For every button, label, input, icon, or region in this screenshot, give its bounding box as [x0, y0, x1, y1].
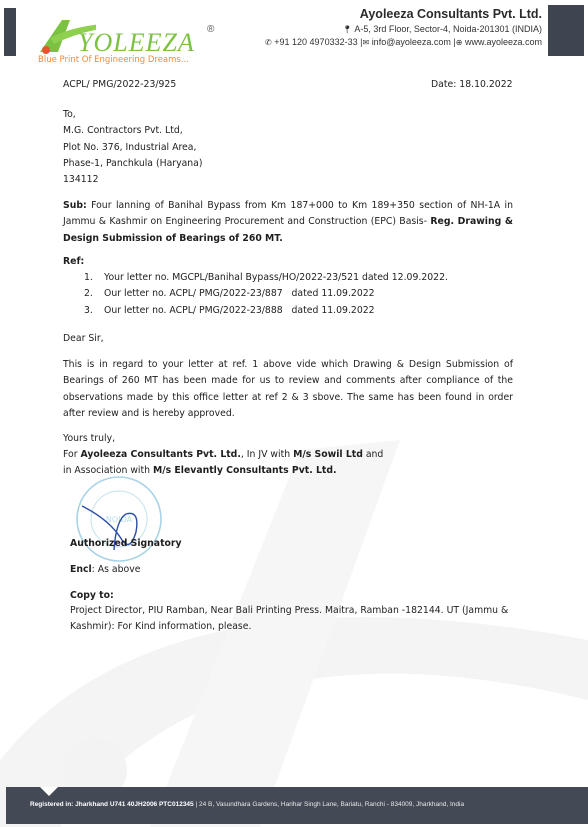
- associate-company: M/s Elevantly Consultants Pvt. Ltd.: [153, 465, 337, 476]
- signatory-company: Ayoleeza Consultants Pvt. Ltd.: [80, 449, 240, 460]
- subject: Sub: Four lanning of Banihal Bypass from…: [63, 198, 513, 247]
- company-contact-block: Ayoleeza Consultants Pvt. Ltd. 📍︎ A-5, 3…: [265, 7, 542, 47]
- registered-mark: ®: [207, 24, 214, 35]
- letter-date: Date: 18.10.2022: [431, 77, 513, 93]
- company-stamp-icon: NOIDA: [70, 470, 168, 568]
- copy-to-heading: Copy to:: [70, 588, 114, 604]
- header-right-bar: [548, 5, 584, 56]
- footer-address: 24 B, Vasundhara Gardens, Harihar Singh …: [199, 801, 464, 808]
- globe-icon: ⊕: [456, 38, 463, 47]
- recipient-line: 134112: [63, 172, 203, 188]
- logo-wordmark: YOLEEZA: [78, 28, 195, 58]
- authorized-signatory: Authorized Signatory: [70, 536, 182, 552]
- company-email[interactable]: info@ayoleeza.com: [372, 37, 451, 47]
- company-name: Ayoleeza Consultants Pvt. Ltd.: [265, 7, 542, 21]
- recipient-line: Phase-1, Panchkula (Haryana): [63, 156, 203, 172]
- logo-tagline: Blue Print Of Engineering Dreams...: [38, 55, 189, 65]
- subject-label: Sub:: [63, 200, 87, 211]
- copy-to-recipient: Project Director, PIU Ramban, Near Bali …: [70, 603, 520, 636]
- salutation: Dear Sir,: [63, 331, 104, 347]
- references-heading: Ref:: [63, 254, 84, 270]
- footer-bar: Registered in: Jharkhand U741 40JH2006 P…: [6, 787, 588, 824]
- recipient-line: To,: [63, 107, 203, 123]
- recipient-line: M.G. Contractors Pvt. Ltd,: [63, 123, 203, 139]
- company-phone: +91 120 4970332-33: [274, 37, 357, 47]
- letter-reference-number: ACPL/ PMG/2022-23/925: [63, 77, 176, 93]
- header-left-bar: [4, 8, 16, 56]
- footer-notch: [40, 787, 58, 796]
- footer-registration: Registered in: Jharkhand U741 40JH2006 P…: [30, 801, 464, 808]
- reference-item: 3. Our letter no. ACPL/ PMG/2022-23/888 …: [84, 303, 448, 319]
- location-pin-icon: 📍︎: [342, 25, 352, 34]
- recipient-line: Plot No. 376, Industrial Area,: [63, 140, 203, 156]
- company-logo: YOLEEZA ® Blue Print Of Engineering Drea…: [36, 14, 196, 66]
- reference-item: 2. Our letter no. ACPL/ PMG/2022-23/887 …: [84, 286, 448, 302]
- reference-item: 1. Your letter no. MGCPL/Banihal Bypass/…: [84, 270, 448, 286]
- recipient-address: To, M.G. Contractors Pvt. Ltd, Plot No. …: [63, 107, 203, 188]
- body-paragraph: This is in regard to your letter at ref.…: [63, 357, 513, 422]
- company-website[interactable]: www.ayoleeza.com: [465, 37, 542, 47]
- company-address: A-5, 3rd Floor, Sector-4, Noida-201301 (…: [354, 24, 542, 34]
- company-address-line: 📍︎ A-5, 3rd Floor, Sector-4, Noida-20130…: [265, 24, 542, 34]
- signatory-company-line: For Ayoleeza Consultants Pvt. Ltd., In J…: [63, 447, 383, 463]
- company-contact-line: ✆ +91 120 4970332-33 |✉ info@ayoleeza.co…: [265, 37, 542, 47]
- jv-partner: M/s Sowil Ltd: [293, 449, 363, 460]
- phone-icon: ✆: [265, 38, 272, 47]
- footer-registered-label: Registered in: Jharkhand U741 40JH2006 P…: [30, 801, 194, 808]
- references-list: 1. Your letter no. MGCPL/Banihal Bypass/…: [84, 270, 448, 319]
- envelope-icon: ✉: [362, 38, 369, 47]
- enclosure: Encl: As above: [70, 562, 140, 578]
- closing: Yours truly,: [63, 431, 115, 447]
